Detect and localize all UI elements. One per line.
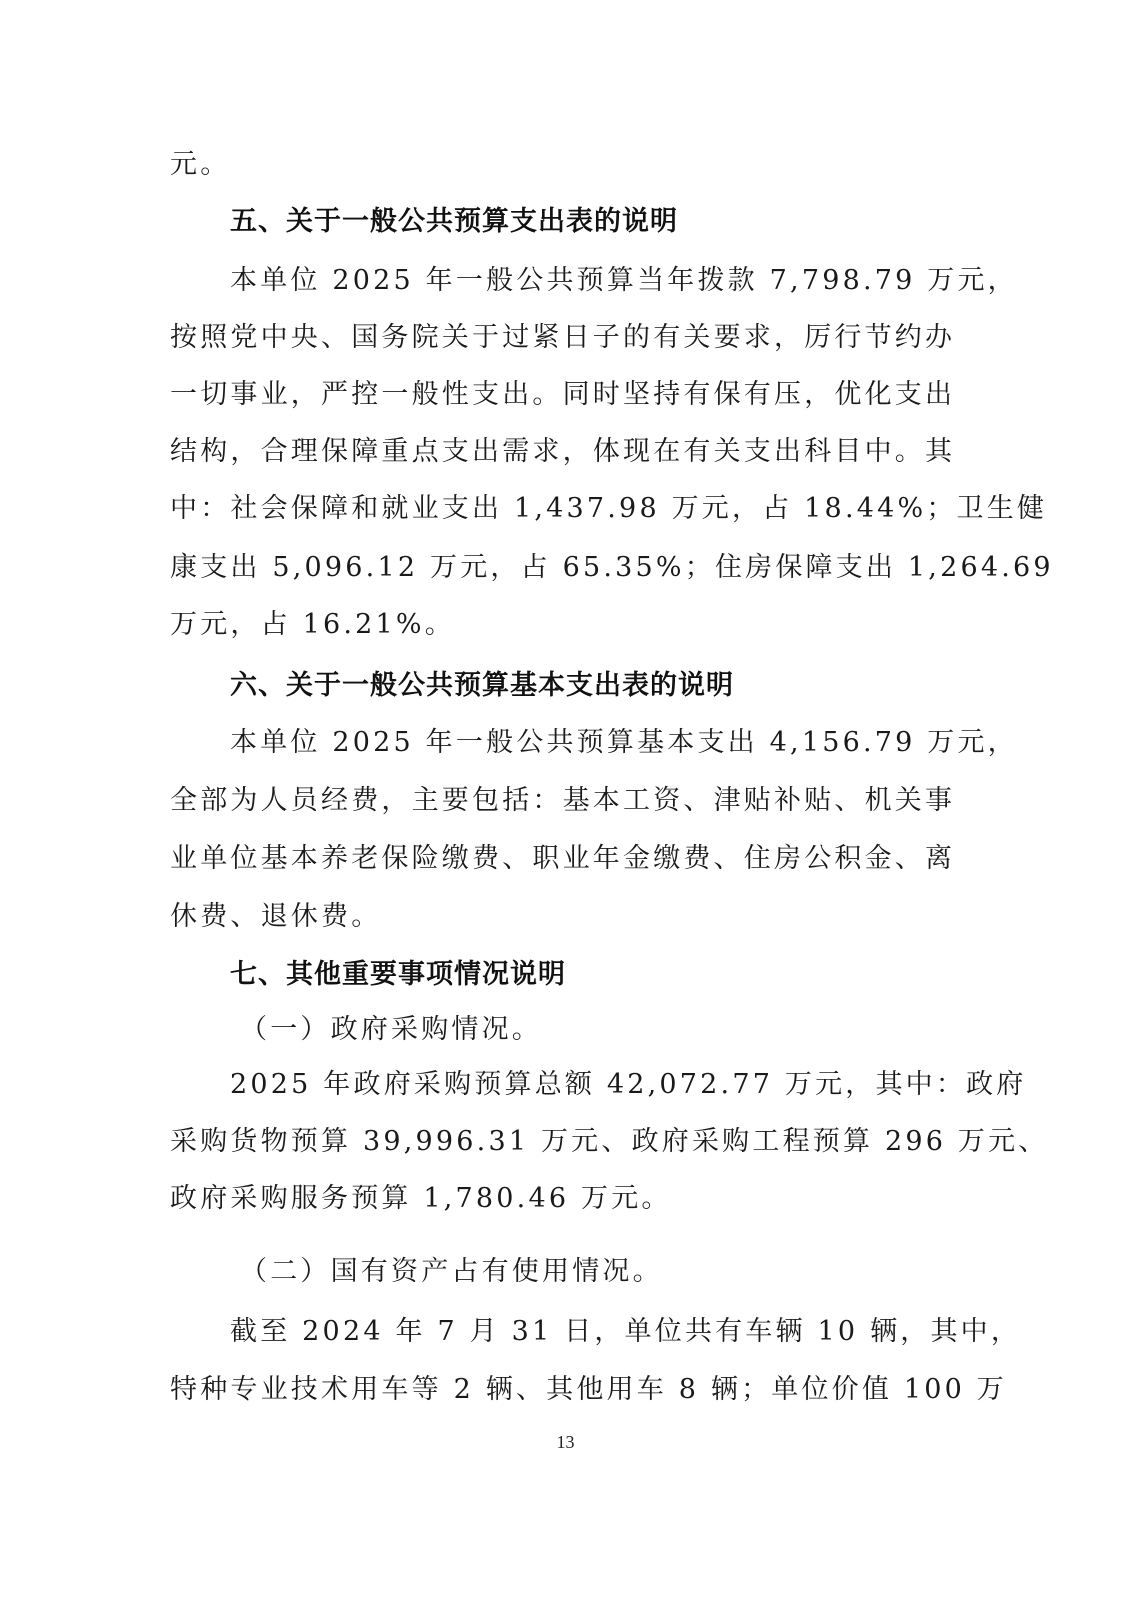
subsection-heading-1: （一）政府采购情况。 [240, 1013, 1020, 1047]
paragraph-line: 休费、退休费。 [170, 900, 950, 934]
subsection-heading-2: （二）国有资产占有使用情况。 [240, 1255, 1020, 1289]
paragraph-tail: 元。 [170, 148, 950, 182]
paragraph-line: 本单位 2025 年一般公共预算基本支出 4,156.79 万元， [230, 726, 950, 760]
section-heading-7: 七、其他重要事项情况说明 [230, 958, 950, 992]
paragraph-line: 全部为人员经费，主要包括：基本工资、津贴补贴、机关事 [170, 784, 950, 818]
section-heading-5: 五、关于一般公共预算支出表的说明 [230, 205, 950, 239]
document-page: 元。 五、关于一般公共预算支出表的说明 本单位 2025 年一般公共预算当年拨款… [0, 0, 1131, 1600]
paragraph-line: 按照党中央、国务院关于过紧日子的有关要求，厉行节约办 [170, 321, 950, 355]
paragraph-line: 康支出 5,096.12 万元，占 65.35%；住房保障支出 1,264.69 [170, 551, 950, 585]
paragraph-line: 一切事业，严控一般性支出。同时坚持有保有压，优化支出 [170, 378, 950, 412]
paragraph-line: 截至 2024 年 7 月 31 日，单位共有车辆 10 辆，其中， [230, 1315, 950, 1349]
paragraph-line: 万元，占 16.21%。 [170, 608, 950, 642]
paragraph-line: 本单位 2025 年一般公共预算当年拨款 7,798.79 万元， [230, 264, 950, 298]
paragraph-line: 中：社会保障和就业支出 1,437.98 万元，占 18.44%；卫生健 [170, 492, 950, 526]
section-heading-6: 六、关于一般公共预算基本支出表的说明 [230, 669, 950, 703]
paragraph-line: 采购货物预算 39,996.31 万元、政府采购工程预算 296 万元、 [170, 1125, 950, 1159]
page-number: 13 [0, 1432, 1131, 1453]
paragraph-line: 政府采购服务预算 1,780.46 万元。 [170, 1182, 950, 1216]
paragraph-line: 业单位基本养老保险缴费、职业年金缴费、住房公积金、离 [170, 842, 950, 876]
paragraph-line: 特种专业技术用车等 2 辆、其他用车 8 辆；单位价值 100 万 [170, 1373, 950, 1407]
paragraph-line: 2025 年政府采购预算总额 42,072.77 万元，其中：政府 [230, 1068, 950, 1102]
paragraph-line: 结构，合理保障重点支出需求，体现在有关支出科目中。其 [170, 435, 950, 469]
